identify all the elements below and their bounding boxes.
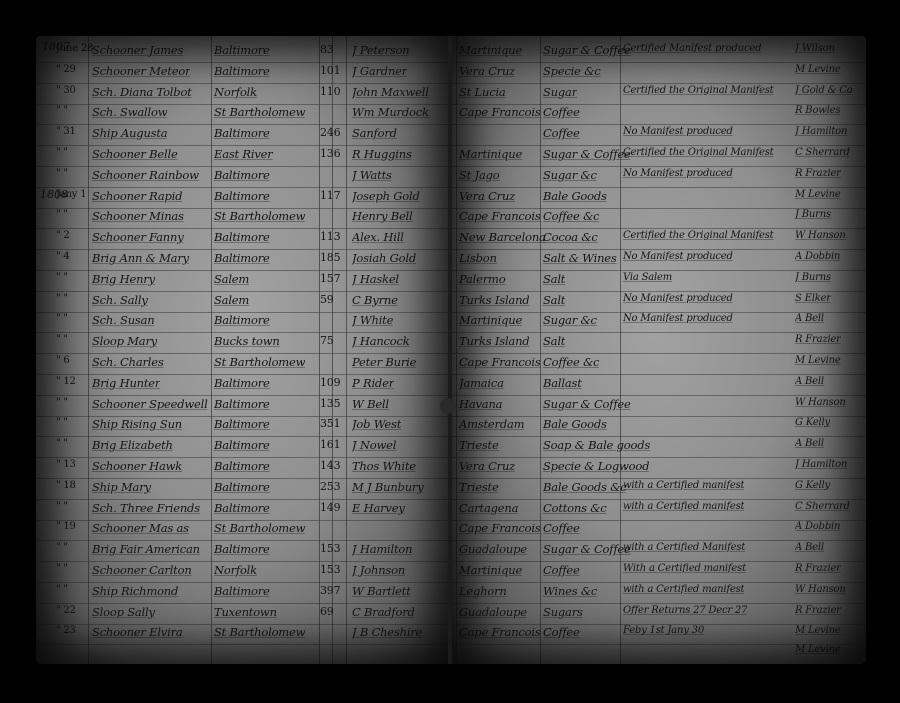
cell-cargo: Cocoa &c [543, 230, 598, 244]
cell-tons: 113 [320, 230, 340, 243]
cell-master: Joseph Gold [352, 189, 420, 203]
table-row: TriesteBale Goods &cwith a Certified man… [450, 478, 866, 500]
cell-date: " " [56, 584, 68, 595]
cell-master: M J Bunbury [352, 480, 424, 494]
cell-cargo: Bale Goods [543, 417, 607, 431]
cell-date: " " [56, 397, 68, 408]
cell-vessel: Schooner Carlton [92, 563, 192, 577]
cell-vessel: Sch. Diana Tolbot [92, 85, 192, 99]
cell-from: Baltimore [214, 251, 270, 265]
cell-master: Job West [352, 417, 401, 431]
cell-cargo: Coffee [543, 105, 580, 119]
cell-vessel: Schooner Belle [92, 147, 178, 161]
cell-vessel: Brig Hunter [92, 376, 160, 390]
cell-vessel: Sch. Sally [92, 293, 148, 307]
cell-tons: 253 [320, 480, 340, 493]
cell-port: Lisbon [459, 251, 497, 265]
cell-tons: 110 [320, 85, 340, 98]
cell-remarks: No Manifest produced [623, 168, 733, 179]
cell-from: Baltimore [214, 438, 270, 452]
cell-from: St Bartholomew [214, 521, 305, 535]
table-row: Cape FrancoisCoffeeR Bowles [450, 103, 866, 125]
table-row: " "Brig Fair AmericanBaltimore153J Hamil… [36, 540, 450, 562]
cell-agent: W Hanson [795, 397, 846, 408]
cell-from: St Bartholomew [214, 625, 305, 639]
cell-port: Cape Francois [459, 209, 541, 223]
cell-tons: 153 [320, 563, 340, 576]
cell-tons: 83 [320, 43, 334, 56]
binding-clip [440, 398, 456, 414]
left-ledger-page: 1807 1808 June 28Schooner JamesBaltimore… [36, 36, 450, 664]
cell-from: Baltimore [214, 417, 270, 431]
cell-date: " 23 [56, 625, 76, 636]
table-row: Vera CruzBale GoodsM Levine [450, 187, 866, 209]
cell-cargo: Salt [543, 272, 565, 286]
cell-cargo: Sugar &c [543, 313, 597, 327]
cell-cargo: Sugars [543, 605, 583, 619]
cell-agent: M Levine [795, 64, 841, 75]
cell-date: " " [56, 209, 68, 220]
table-row: " 2Schooner FannyBaltimore113Alex. Hill [36, 228, 450, 250]
cell-tons: 397 [320, 584, 340, 597]
table-row: " 18Ship MaryBaltimore253M J Bunbury [36, 478, 450, 500]
cell-remarks: with a Certified manifest [623, 584, 744, 595]
table-row: Cape FrancoisCoffeeFeby 1st Jany 30M Lev… [450, 623, 866, 645]
cell-agent: A Bell [795, 438, 824, 449]
table-row: " "Ship Rising SunBaltimore351Job West [36, 415, 450, 437]
table-row: " 19Schooner Mas asSt Bartholomew [36, 519, 450, 541]
table-row: Cape FrancoisCoffee &cJ Burns [450, 207, 866, 229]
cell-remarks: No Manifest produced [623, 126, 733, 137]
cell-remarks: with a Certified Manifest [623, 542, 745, 553]
cell-port: New Barcelona [459, 230, 546, 244]
cell-cargo: Coffee [543, 126, 580, 140]
cell-cargo: Sugar [543, 85, 577, 99]
cell-cargo: Coffee [543, 521, 580, 535]
table-row: GuadaloupeSugar & Coffeewith a Certified… [450, 540, 866, 562]
cell-agent: A Bell [795, 313, 824, 324]
cell-master: Sanford [352, 126, 397, 140]
cell-tons: 101 [320, 64, 340, 77]
cell-tons: 59 [320, 293, 334, 306]
cell-port: Martinique [459, 43, 522, 57]
cell-port: Cape Francois [459, 105, 541, 119]
cell-tons: 69 [320, 605, 334, 618]
cell-port: Martinique [459, 563, 522, 577]
cell-agent: W Hanson [795, 230, 846, 241]
cell-tons: 109 [320, 376, 340, 389]
table-row: Vera CruzSpecie &cM Levine [450, 62, 866, 84]
cell-cargo: Sugar &c [543, 168, 597, 182]
cell-remarks: Via Salem [623, 272, 672, 283]
cell-date: " " [56, 334, 68, 345]
table-row: MartiniqueSugar &cNo Manifest producedA … [450, 311, 866, 333]
cell-agent: R Frazier [795, 563, 841, 574]
table-row: HavanaSugar & CoffeeW Hanson [450, 395, 866, 417]
book-binding [448, 36, 452, 664]
cell-agent: A Bell [795, 542, 824, 553]
cell-cargo: Soap & Bale goods [543, 438, 650, 452]
cell-cargo: Bale Goods &c [543, 480, 626, 494]
cell-port: Cape Francois [459, 355, 541, 369]
cell-from: Baltimore [214, 397, 270, 411]
table-row: " 29Schooner MeteorBaltimore101J Gardner [36, 62, 450, 84]
cell-master: J Watts [352, 168, 392, 182]
cell-master: Wm Murdock [352, 105, 429, 119]
cell-date: " " [56, 147, 68, 158]
cell-from: Baltimore [214, 480, 270, 494]
table-row: CoffeeNo Manifest producedJ Hamilton [450, 124, 866, 146]
cell-from: Baltimore [214, 230, 270, 244]
cell-port: Havana [459, 397, 502, 411]
cell-from: Norfolk [214, 85, 257, 99]
cell-master: J B Cheshire [352, 625, 422, 639]
table-row: " "Schooner SpeedwellBaltimore135W Bell [36, 395, 450, 417]
cell-agent: R Frazier [795, 605, 841, 616]
cell-agent: M Levine [795, 644, 841, 655]
cell-date: " " [56, 313, 68, 324]
cell-agent: R Frazier [795, 334, 841, 345]
cell-vessel: Schooner Speedwell [92, 397, 208, 411]
cell-remarks: Certified the Original Manifest [623, 230, 774, 241]
table-row: " "Sloop MaryBucks town75J Hancock [36, 332, 450, 354]
cell-remarks: Offer Returns 27 Decr 27 [623, 605, 747, 616]
cell-vessel: Schooner Rainbow [92, 168, 199, 182]
table-row: Turks IslandSaltNo Manifest producedS El… [450, 291, 866, 313]
cell-master: W Bartlett [352, 584, 411, 598]
cell-agent: J Hamilton [795, 459, 847, 470]
cell-agent: A Bell [795, 376, 824, 387]
cell-vessel: Schooner Meteor [92, 64, 190, 78]
cell-vessel: Brig Elizabeth [92, 438, 173, 452]
table-row: St JagoSugar &cNo Manifest producedR Fra… [450, 166, 866, 188]
cell-from: Salem [214, 272, 249, 286]
cell-agent: M Levine [795, 355, 841, 366]
cell-agent: J Burns [795, 209, 831, 220]
table-row: " "Brig HenrySalem157J Haskel [36, 270, 450, 292]
cell-vessel: Schooner James [92, 43, 183, 57]
table-row: " "Brig ElizabethBaltimore161J Nowel [36, 436, 450, 458]
table-row: Cape FrancoisCoffee &cM Levine [450, 353, 866, 375]
cell-agent: J Hamilton [795, 126, 847, 137]
table-row: " "Sch. Three FriendsBaltimore149E Harve… [36, 499, 450, 521]
table-row: Cape FrancoisCoffeeA Dobbin [450, 519, 866, 541]
cell-remarks: With a Certified manifest [623, 563, 746, 574]
cell-master: Josiah Gold [352, 251, 416, 265]
cell-agent: R Bowles [795, 105, 840, 116]
cell-tons: 136 [320, 147, 340, 160]
cell-from: Baltimore [214, 64, 270, 78]
cell-date: " " [56, 501, 68, 512]
cell-date: " 12 [56, 376, 76, 387]
cell-tons: 153 [320, 542, 340, 555]
cell-port: Vera Cruz [459, 459, 515, 473]
cell-tons: 157 [320, 272, 340, 285]
cell-tons: 185 [320, 251, 340, 264]
cell-master: J Johnson [352, 563, 405, 577]
table-row: JamaicaBallastA Bell [450, 374, 866, 396]
table-row: Vera CruzSpecie & LogwoodJ Hamilton [450, 457, 866, 479]
cell-port: Cape Francois [459, 521, 541, 535]
cell-vessel: Ship Rising Sun [92, 417, 182, 431]
cell-cargo: Ballast [543, 376, 582, 390]
cell-port: Turks Island [459, 293, 529, 307]
cell-remarks: Certified the Original Manifest [623, 147, 774, 158]
cell-master: E Harvey [352, 501, 405, 515]
cell-from: Baltimore [214, 542, 270, 556]
cell-agent: W Hanson [795, 584, 846, 595]
cell-from: Baltimore [214, 189, 270, 203]
cell-cargo: Coffee &c [543, 355, 599, 369]
cell-cargo: Coffee [543, 563, 580, 577]
cell-date: " " [56, 272, 68, 283]
table-row: Turks IslandSaltR Frazier [450, 332, 866, 354]
cell-from: Baltimore [214, 126, 270, 140]
cell-from: Norfolk [214, 563, 257, 577]
cell-from: Tuxentown [214, 605, 277, 619]
table-row: " "Schooner RainbowBaltimoreJ Watts [36, 166, 450, 188]
cell-master: J Hamilton [352, 542, 412, 556]
cell-date: " 2 [56, 230, 70, 241]
cell-master: John Maxwell [352, 85, 429, 99]
cell-from: St Bartholomew [214, 105, 305, 119]
cell-date: " " [56, 105, 68, 116]
cell-agent: M Levine [795, 189, 841, 200]
cell-master: J Gardner [352, 64, 407, 78]
cell-remarks: No Manifest produced [623, 313, 733, 324]
cell-vessel: Brig Ann & Mary [92, 251, 189, 265]
cell-port: Jamaica [459, 376, 504, 390]
table-row: " 12Brig HunterBaltimore109P Rider [36, 374, 450, 396]
table-row: GuadaloupeSugarsOffer Returns 27 Decr 27… [450, 603, 866, 625]
cell-port: Cartagena [459, 501, 518, 515]
cell-remarks: with a Certified manifest [623, 501, 744, 512]
cell-agent: C Sherrard [795, 501, 850, 512]
cell-cargo: Salt [543, 334, 565, 348]
cell-port: Turks Island [459, 334, 529, 348]
cell-date: " 13 [56, 459, 76, 470]
cell-tons: 149 [320, 501, 340, 514]
cell-from: Baltimore [214, 584, 270, 598]
cell-tons: 135 [320, 397, 340, 410]
cell-port: Leghorn [459, 584, 507, 598]
cell-master: R Huggins [352, 147, 412, 161]
table-row: MartiniqueSugar & CoffeeCertified the Or… [450, 145, 866, 167]
cell-agent: G Kelly [795, 417, 830, 428]
cell-vessel: Sch. Charles [92, 355, 164, 369]
cell-date: " 30 [56, 85, 76, 96]
cell-vessel: Sloop Mary [92, 334, 157, 348]
cell-date: " 18 [56, 480, 76, 491]
cell-remarks: Certified Manifest produced [623, 43, 761, 54]
cell-vessel: Brig Fair American [92, 542, 200, 556]
table-row: " 22Sloop SallyTuxentown69C Bradford [36, 603, 450, 625]
cell-cargo: Bale Goods [543, 189, 607, 203]
cell-from: Baltimore [214, 376, 270, 390]
cell-vessel: Schooner Elvira [92, 625, 183, 639]
cell-tons: 117 [320, 189, 340, 202]
cell-cargo: Salt & Wines [543, 251, 617, 265]
cell-port: Vera Cruz [459, 189, 515, 203]
cell-vessel: Sch. Susan [92, 313, 155, 327]
cell-port: Palermo [459, 272, 506, 286]
cell-cargo: Specie & Logwood [543, 459, 649, 473]
cell-vessel: Schooner Hawk [92, 459, 182, 473]
cell-remarks: Certified the Original Manifest [623, 85, 774, 96]
cell-vessel: Ship Mary [92, 480, 151, 494]
right-ledger-page: MartiniqueSugar & CoffeeCertified Manife… [450, 36, 866, 664]
cell-from: Baltimore [214, 501, 270, 515]
table-row: " 23Schooner ElviraSt BartholomewJ B Che… [36, 623, 450, 645]
cell-port: Cape Francois [459, 625, 541, 639]
cell-agent: J Burns [795, 272, 831, 283]
cell-agent: G Kelly [795, 480, 830, 491]
cell-date: " 19 [56, 521, 76, 532]
cell-date: June 28 [56, 43, 93, 54]
cell-master: Henry Bell [352, 209, 413, 223]
cell-port: Guadaloupe [459, 542, 527, 556]
cell-cargo: Cottons &c [543, 501, 607, 515]
cell-vessel: Ship Richmond [92, 584, 178, 598]
cell-port: Guadaloupe [459, 605, 527, 619]
cell-master: J Peterson [352, 43, 409, 57]
cell-date: " " [56, 293, 68, 304]
cell-port: St Lucia [459, 85, 506, 99]
cell-port: Martinique [459, 313, 522, 327]
cell-cargo: Sugar & Coffee [543, 542, 631, 556]
table-row: " 4Brig Ann & MaryBaltimore185Josiah Gol… [36, 249, 450, 271]
cell-cargo: Sugar & Coffee [543, 147, 631, 161]
cell-master: C Bradford [352, 605, 415, 619]
cell-agent: A Dobbin [795, 521, 840, 532]
cell-date: " 31 [56, 126, 76, 137]
table-row: " "Ship RichmondBaltimore397W Bartlett [36, 582, 450, 604]
cell-cargo: Sugar & Coffee [543, 43, 631, 57]
cell-master: Thos White [352, 459, 416, 473]
cell-from: Baltimore [214, 313, 270, 327]
cell-port: St Jago [459, 168, 500, 182]
table-row: " 6Sch. CharlesSt BartholomewPeter Burie [36, 353, 450, 375]
cell-from: St Bartholomew [214, 209, 305, 223]
table-row: TriesteSoap & Bale goodsA Bell [450, 436, 866, 458]
table-row: " "Schooner CarltonNorfolk153J Johnson [36, 561, 450, 583]
cell-cargo: Coffee [543, 625, 580, 639]
cell-date: " 4 [56, 251, 70, 262]
cell-port: Vera Cruz [459, 64, 515, 78]
cell-master: W Bell [352, 397, 389, 411]
table-row: " 30Sch. Diana TolbotNorfolk110John Maxw… [36, 83, 450, 105]
cell-master: J White [352, 313, 393, 327]
cell-from: Baltimore [214, 168, 270, 182]
cell-date: " " [56, 438, 68, 449]
cell-vessel: Schooner Fanny [92, 230, 184, 244]
cell-port: Amsterdam [459, 417, 524, 431]
table-row: LeghornWines &cwith a Certified manifest… [450, 582, 866, 604]
table-row: CartagenaCottons &cwith a Certified mani… [450, 499, 866, 521]
table-row: " 31Ship AugustaBaltimore246Sanford [36, 124, 450, 146]
cell-cargo: Wines &c [543, 584, 597, 598]
table-row: " "Sch. SusanBaltimoreJ White [36, 311, 450, 333]
cell-date: " " [56, 542, 68, 553]
cell-agent: J Wilson [795, 43, 835, 54]
cell-date: " " [56, 168, 68, 179]
table-row: MartiniqueSugar & CoffeeCertified Manife… [450, 41, 866, 63]
cell-vessel: Schooner Rapid [92, 189, 182, 203]
cell-date: " 29 [56, 64, 76, 75]
table-row: New BarcelonaCocoa &cCertified the Origi… [450, 228, 866, 250]
cell-tons: 161 [320, 438, 340, 451]
cell-tons: 246 [320, 126, 340, 139]
cell-date: Jany 1 [56, 189, 86, 200]
cell-master: C Byrne [352, 293, 398, 307]
cell-tons: 351 [320, 417, 340, 430]
cell-tons: 143 [320, 459, 340, 472]
table-row: MartiniqueCoffeeWith a Certified manifes… [450, 561, 866, 583]
cell-from: Baltimore [214, 459, 270, 473]
cell-master: P Rider [352, 376, 394, 390]
table-row: " 13Schooner HawkBaltimore143Thos White [36, 457, 450, 479]
cell-port: Trieste [459, 480, 499, 494]
cell-remarks: No Manifest produced [623, 251, 733, 262]
table-row: June 28Schooner JamesBaltimore83J Peters… [36, 41, 450, 63]
cell-port: Trieste [459, 438, 499, 452]
cell-master: J Haskel [352, 272, 399, 286]
cell-agent: J Gold & Co [795, 85, 853, 96]
cell-vessel: Schooner Minas [92, 209, 184, 223]
table-row: St LuciaSugarCertified the Original Mani… [450, 83, 866, 105]
cell-cargo: Coffee &c [543, 209, 599, 223]
cell-date: " 6 [56, 355, 70, 366]
cell-date: " 22 [56, 605, 76, 616]
cell-date: " " [56, 563, 68, 574]
table-row: " "Sch. SwallowSt BartholomewWm Murdock [36, 103, 450, 125]
cell-cargo: Salt [543, 293, 565, 307]
cell-master: Alex. Hill [352, 230, 404, 244]
cell-master: J Hancock [352, 334, 410, 348]
table-row: " "Sch. SallySalem59C Byrne [36, 291, 450, 313]
cell-from: St Bartholomew [214, 355, 305, 369]
cell-port: Martinique [459, 147, 522, 161]
cell-remarks: No Manifest produced [623, 293, 733, 304]
cell-tons: 75 [320, 334, 334, 347]
cell-cargo: Sugar & Coffee [543, 397, 631, 411]
cell-remarks: with a Certified manifest [623, 480, 744, 491]
cell-from: Salem [214, 293, 249, 307]
cell-vessel: Ship Augusta [92, 126, 167, 140]
table-row: AmsterdamBale GoodsG Kelly [450, 415, 866, 437]
cell-agent: C Sherrard [795, 147, 850, 158]
cell-agent: A Dobbin [795, 251, 840, 262]
table-row: PalermoSaltVia SalemJ Burns [450, 270, 866, 292]
table-row: " "Schooner BelleEast River136R Huggins [36, 145, 450, 167]
cell-vessel: Brig Henry [92, 272, 155, 286]
cell-date: " " [56, 417, 68, 428]
cell-agent: R Frazier [795, 168, 841, 179]
cell-master: Peter Burie [352, 355, 416, 369]
cell-cargo: Specie &c [543, 64, 601, 78]
cell-vessel: Schooner Mas as [92, 521, 189, 535]
table-row: " "Schooner MinasSt BartholomewHenry Bel… [36, 207, 450, 229]
cell-agent: S Elker [795, 293, 831, 304]
cell-vessel: Sloop Sally [92, 605, 155, 619]
cell-from: East River [214, 147, 273, 161]
cell-vessel: Sch. Three Friends [92, 501, 200, 515]
table-row: LisbonSalt & WinesNo Manifest producedA … [450, 249, 866, 271]
cell-vessel: Sch. Swallow [92, 105, 167, 119]
table-row: Jany 1Schooner RapidBaltimore117Joseph G… [36, 187, 450, 209]
cell-master: J Nowel [352, 438, 396, 452]
cell-remarks: Feby 1st Jany 30 [623, 625, 704, 636]
